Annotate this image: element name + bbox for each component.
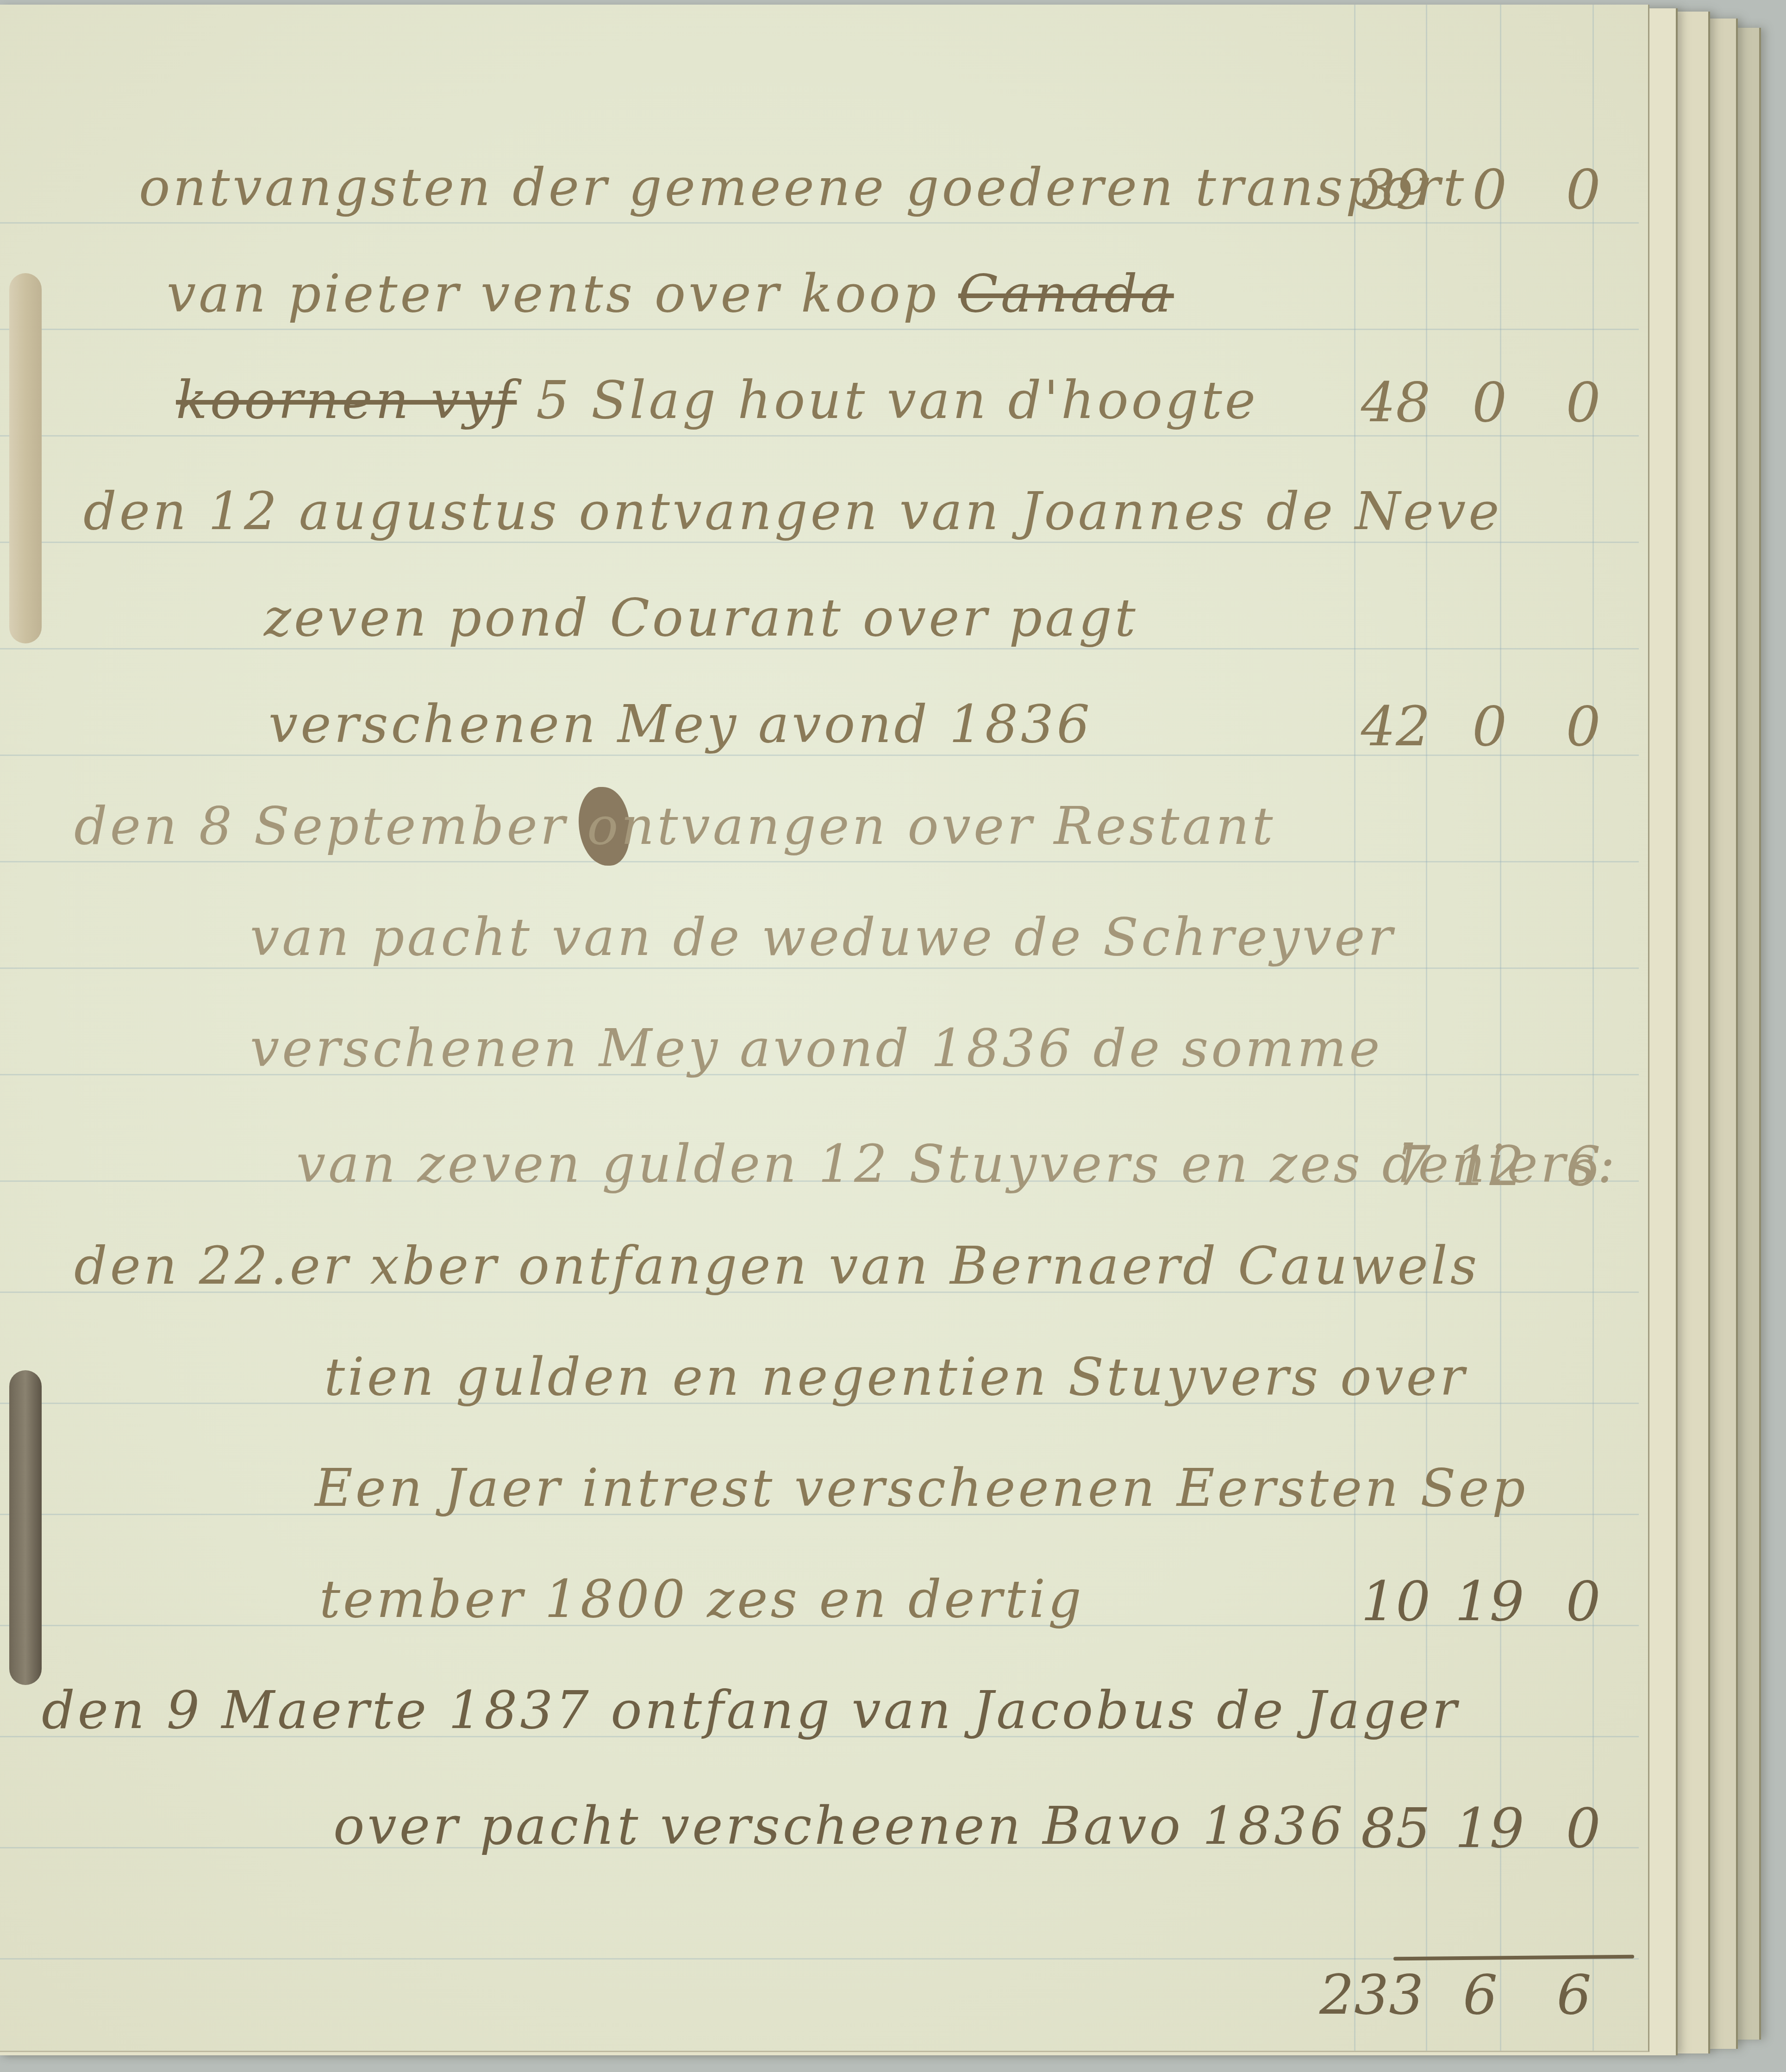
amount-stuivers: 12 xyxy=(1448,1134,1531,1198)
amount-gulden: 10 xyxy=(1329,1569,1430,1633)
struck-text: Canada xyxy=(958,264,1174,324)
total-amount: 233 6 6 xyxy=(1319,1963,1609,2027)
ruled-line xyxy=(0,542,1639,543)
amount-deniers: 6 xyxy=(1549,1134,1618,1198)
amount-stuivers: 19 xyxy=(1448,1796,1531,1860)
binding-thread xyxy=(9,1370,42,1685)
column-line xyxy=(1426,5,1427,2051)
amount-deniers: 0 xyxy=(1549,370,1618,434)
amount-deniers: 0 xyxy=(1549,694,1618,758)
amount-stuivers: 0 xyxy=(1448,694,1531,758)
ruled-line xyxy=(0,861,1639,862)
struck-text: koornen vyf xyxy=(176,370,517,431)
entry-line: van pacht van de weduwe de Schreyver xyxy=(250,907,1395,967)
entry-line: den 8 September ontvangen over Restant xyxy=(74,796,1275,856)
entry-line: Een Jaer intrest verscheenen Eersten Sep xyxy=(315,1458,1528,1518)
ruled-line xyxy=(0,648,1639,649)
amount: 39 0 0 xyxy=(1329,157,1618,221)
amount-stuivers: 0 xyxy=(1448,157,1531,221)
ruled-line xyxy=(0,1958,1639,1960)
entry-line: tember 1800 zes en dertig xyxy=(319,1569,1084,1629)
total-stuivers: 6 xyxy=(1439,1963,1522,2027)
entry-line: verschenen Mey avond 1836 xyxy=(269,694,1093,755)
entry-line: verschenen Mey avond 1836 de somme xyxy=(250,1018,1382,1079)
entry-line: ontvangsten der gemeene goederen transpo… xyxy=(139,157,1467,218)
entry-line: van pieter vents over koop Canada xyxy=(167,264,1174,324)
amount-stuivers: 0 xyxy=(1448,370,1531,434)
amount-gulden: 7 xyxy=(1329,1134,1430,1198)
entry-line: koornen vyf 5 Slag hout van d'hoogte xyxy=(176,370,1258,431)
amount-stuivers: 19 xyxy=(1448,1569,1531,1633)
amount: 48 0 0 xyxy=(1329,370,1618,434)
amount-deniers: 0 xyxy=(1549,1569,1618,1633)
amount: 7 12 6 xyxy=(1329,1134,1618,1198)
amount: 42 0 0 xyxy=(1329,694,1618,758)
amount-gulden: 48 xyxy=(1329,370,1430,434)
amount-gulden: 39 xyxy=(1329,157,1430,221)
notebook: ontvangsten der gemeene goederen transpo… xyxy=(0,0,1786,2072)
total-gulden: 233 xyxy=(1319,1963,1421,2027)
column-line xyxy=(1592,5,1594,2051)
total-deniers: 6 xyxy=(1539,1963,1609,2027)
amount-deniers: 0 xyxy=(1549,1796,1618,1860)
binding-thread xyxy=(9,273,42,643)
amount: 85 19 0 xyxy=(1329,1796,1618,1860)
entry-text: van pieter vents over koop xyxy=(167,264,939,324)
ruled-line xyxy=(0,329,1639,330)
entry-text: 5 Slag hout van d'hoogte xyxy=(536,370,1258,431)
ruled-line xyxy=(0,435,1639,437)
amount-gulden: 42 xyxy=(1329,694,1430,758)
entry-line: den 12 augustus ontvangen van Joannes de… xyxy=(83,481,1502,542)
total-underline xyxy=(1393,1955,1634,1961)
ruled-line xyxy=(0,222,1639,224)
amount-gulden: 85 xyxy=(1329,1796,1430,1860)
column-line xyxy=(1500,5,1501,2051)
amount-deniers: 0 xyxy=(1549,157,1618,221)
entry-line: tien gulden en negentien Stuyvers over xyxy=(324,1347,1467,1407)
entry-line: den 22.er xber ontfangen van Bernaerd Ca… xyxy=(74,1236,1480,1296)
ruled-line xyxy=(0,967,1639,969)
entry-line: zeven pond Courant over pagt xyxy=(264,588,1138,648)
entry-line: den 9 Maerte 1837 ontfang van Jacobus de… xyxy=(42,1680,1460,1741)
entry-line: over pacht verscheenen Bavo 1836 xyxy=(333,1796,1346,1856)
ledger-page: ontvangsten der gemeene goederen transpo… xyxy=(0,5,1649,2052)
amount: 10 19 0 xyxy=(1329,1569,1618,1633)
